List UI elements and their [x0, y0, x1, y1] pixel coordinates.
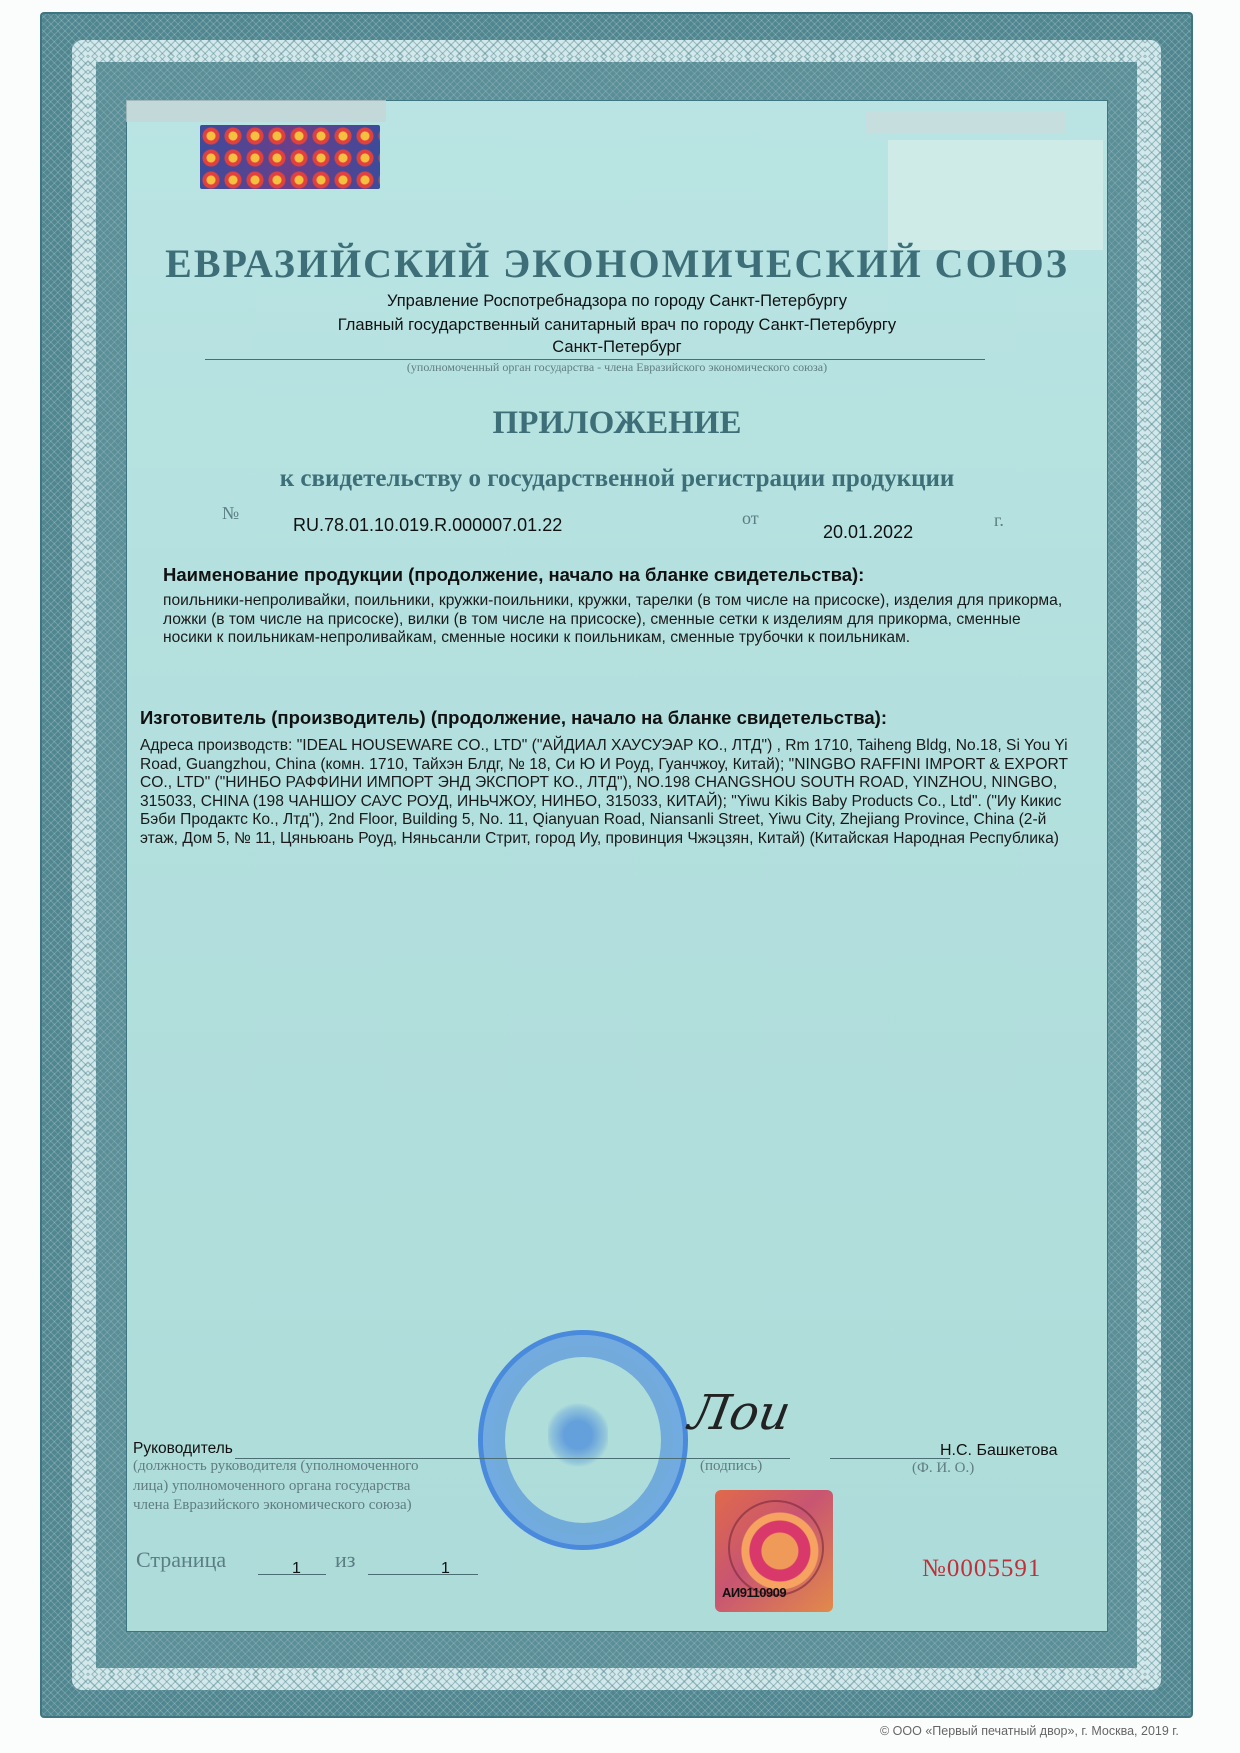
name-caption: (Ф. И. О.) [912, 1460, 974, 1477]
manufacturer-heading: Изготовитель (производитель) (продолжени… [140, 707, 887, 729]
signature-caption: (подпись) [700, 1458, 762, 1475]
registration-number: RU.78.01.10.019.R.000007.01.22 [293, 515, 562, 536]
position-caption: члена Евразийского экономического союза) [133, 1497, 412, 1514]
page-label: Страница [136, 1547, 226, 1573]
appendix-title: ПРИЛОЖЕНИЕ [126, 405, 1108, 442]
name-line [830, 1458, 950, 1459]
hologram-code: АИ9110909 [722, 1585, 786, 1600]
position-caption: (должность руководителя (уполномоченного [133, 1458, 419, 1475]
number-label: № [222, 503, 239, 524]
manufacturer-addresses: Адреса производств: "IDEAL HOUSEWARE CO.… [140, 737, 1080, 849]
hologram-ring [728, 1500, 824, 1596]
watermark-block [888, 140, 1103, 250]
of-label: из [335, 1547, 355, 1573]
signatory-name: Н.С. Башкетова [940, 1442, 1058, 1460]
page-number: 1 [292, 1560, 301, 1578]
registration-date: 20.01.2022 [823, 522, 913, 543]
appendix-subtitle: к свидетельству о государственной регист… [126, 465, 1108, 493]
security-strip [126, 100, 386, 122]
position-caption: лица) уполномоченного органа государства [133, 1478, 410, 1495]
total-pages: 1 [441, 1560, 450, 1578]
serial-number: №0005591 [922, 1555, 1041, 1583]
printer-copyright: © ООО «Первый печатный двор», г. Москва,… [880, 1724, 1179, 1738]
union-title: ЕВРАЗИЙСКИЙ ЭКОНОМИЧЕСКИЙ СОЮЗ [126, 240, 1108, 287]
product-heading: Наименование продукции (продолжение, нач… [163, 564, 864, 586]
date-label: от [742, 508, 759, 529]
handwritten-signature: Лои [685, 1385, 795, 1441]
security-strip [866, 112, 1066, 134]
authority-city: Санкт-Петербург [126, 338, 1108, 357]
authority-line: Управление Роспотребнадзора по городу Са… [126, 292, 1108, 311]
product-list: поильники-непроливайки, поильники, кружк… [163, 592, 1065, 648]
authority-caption: (уполномоченный орган государства - член… [126, 360, 1108, 375]
year-suffix: г. [994, 510, 1004, 531]
hologram-strip-icon [200, 125, 380, 189]
total-line [368, 1574, 478, 1575]
authority-line: Главный государственный санитарный врач … [126, 316, 1108, 335]
coat-of-arms-icon [548, 1400, 608, 1470]
head-label: Руководитель [133, 1440, 233, 1458]
